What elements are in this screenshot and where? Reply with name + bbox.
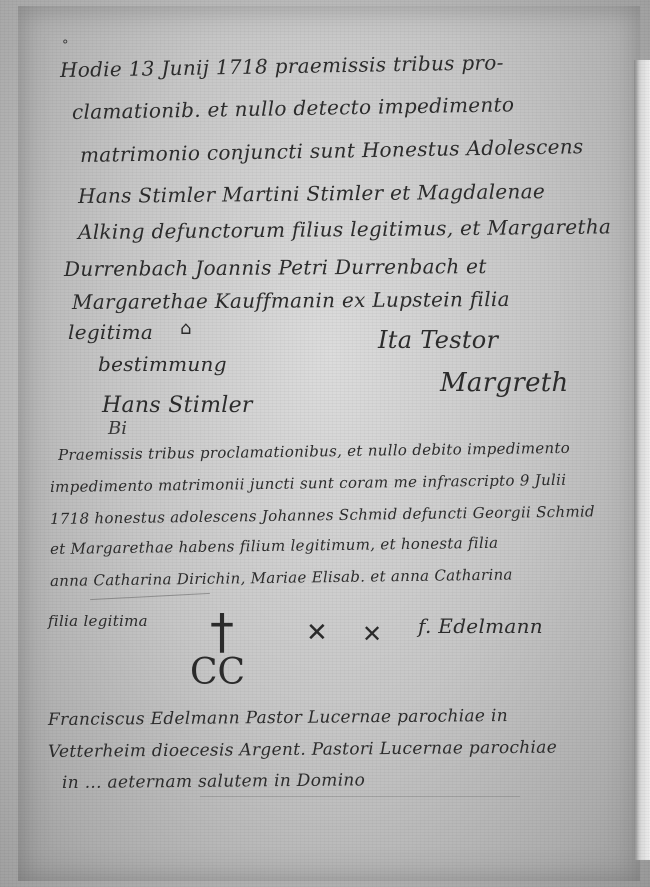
page-edge [634, 60, 650, 860]
cc-mark: CC [190, 652, 245, 693]
signature-hans-stimler: Hans Stimler [102, 393, 253, 418]
entry3-line-1: Franciscus Edelmann Pastor Lucernae paro… [48, 706, 508, 730]
entry1-line-8: legitima [68, 320, 153, 344]
faded-rule [200, 796, 520, 797]
signature-margreth: Margreth [440, 368, 569, 398]
scanned-document: ° Hodie 13 Junij 1718 praemissis tribus … [0, 0, 650, 887]
entry1-line-6: Durrenbach Joannis Petri Durrenbach et [64, 254, 487, 281]
entry2-line-6: filia legitima [48, 612, 148, 630]
house-mark-icon: ⌂ [180, 318, 191, 339]
entry1-line-7: Margarethae Kauffmanin ex Lupstein filia [72, 287, 510, 314]
margin-note-top: ° [62, 38, 69, 53]
witness-attestation: Ita Testor [378, 326, 498, 354]
x-mark-icon: ✕ [306, 618, 328, 648]
margin-mark: Bi [108, 418, 127, 439]
signature-edelmann: f. Edelmann [418, 614, 543, 638]
entry3-line-3: in ... aeternam salutem in Domino [62, 770, 365, 793]
signature-left-1: bestimmung [98, 352, 227, 376]
x-mark-icon: ✕ [362, 620, 382, 648]
entry1-line-4: Hans Stimler Martini Stimler et Magdalen… [78, 179, 545, 208]
